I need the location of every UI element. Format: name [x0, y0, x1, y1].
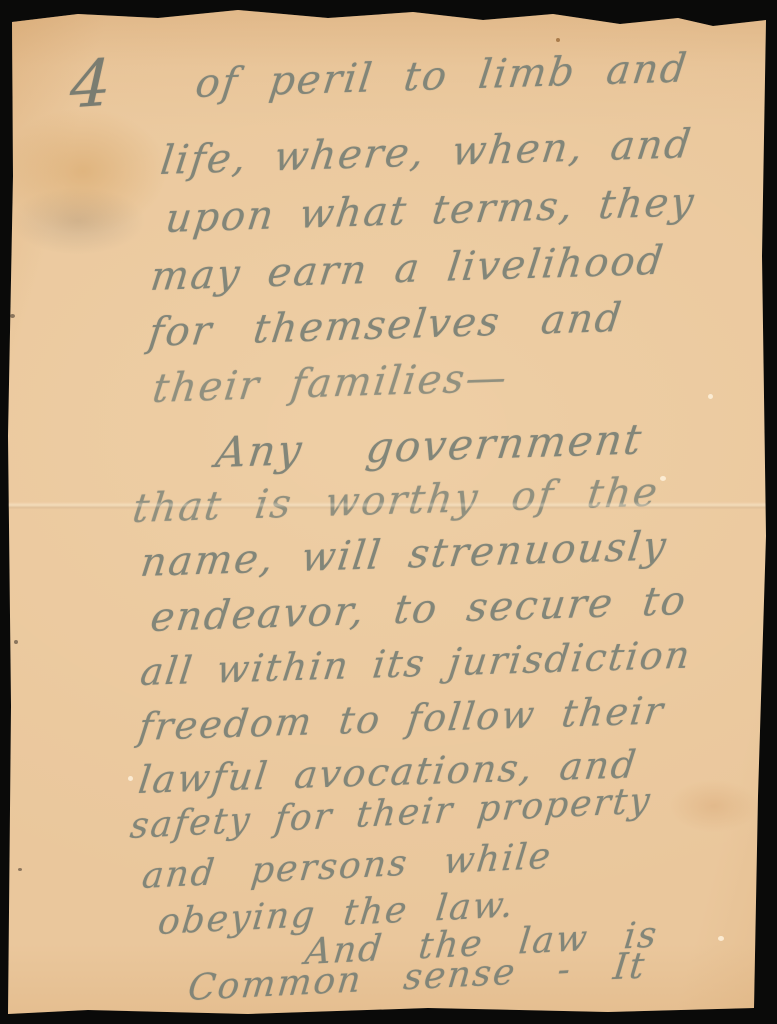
paper-speck — [10, 314, 15, 318]
handwritten-line: upon what terms, they — [163, 179, 698, 242]
handwritten-line: name, will strenuously — [138, 523, 670, 586]
handwritten-line: that is worthy of the — [130, 469, 662, 532]
paper-fleck — [708, 394, 713, 399]
handwritten-line: endeavor, to secure to — [148, 578, 690, 641]
photograph-background: 4 of peril to limb and life, where, when… — [0, 0, 777, 1024]
paper-fleck — [660, 476, 666, 481]
handwritten-line: life, where, when, and — [158, 121, 695, 184]
handwritten-line: their families— — [150, 355, 511, 412]
handwritten-line: freedom to follow their — [136, 688, 667, 749]
handwritten-line: Any government — [213, 414, 646, 477]
paper-fleck — [128, 776, 133, 781]
manuscript-page: 4 of peril to limb and life, where, when… — [8, 6, 766, 1014]
paper-speck — [14, 640, 18, 644]
handwritten-line: may earn a livelihood — [148, 238, 667, 300]
paper-crease — [8, 502, 766, 509]
handwritten-line: for themselves and — [146, 295, 625, 356]
paper-speck — [556, 38, 560, 42]
handwritten-line: of peril to limb and — [193, 45, 691, 107]
page-number: 4 — [69, 46, 112, 123]
paper-speck — [18, 868, 22, 871]
handwritten-line: all within its jurisdiction — [138, 633, 694, 694]
paper-fleck — [718, 936, 724, 941]
